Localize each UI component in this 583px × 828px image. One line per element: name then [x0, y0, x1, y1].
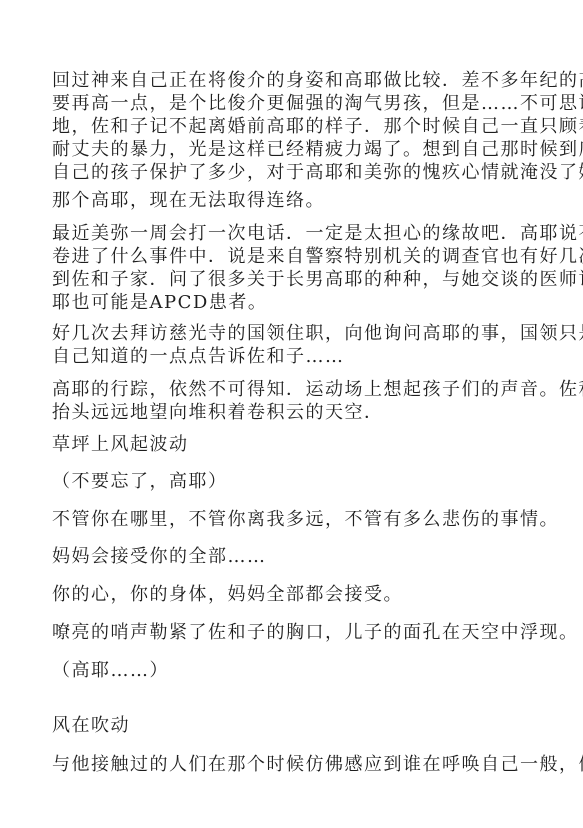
paragraph-3-line-2: 卷进了什么事件中．说是来自警察特别机关的调查官也有好几次来 — [52, 245, 583, 268]
paragraph-5-line-1: 高耶的行踪，依然不可得知．运动场上想起孩子们的声音。佐和子 — [52, 378, 583, 401]
paragraph-5-line-2: 抬头远远地望向堆积着卷积云的天空． — [52, 401, 384, 424]
paragraph-8-line-1: 不管你在哪里，不管你离我多远，不管有多么悲伤的事情。 — [52, 508, 559, 531]
paragraph-4-line-1: 好几次去拜访慈光寺的国领住职，向他询问高耶的事，国领只是把 — [52, 322, 583, 345]
paragraph-13-line-1: 风在吹动 — [52, 714, 130, 737]
paragraph-1-line-5: 自己的孩子保护了多少，对于高耶和美弥的愧疚心情就淹没了她。 — [52, 161, 583, 184]
paragraph-4-line-2: 自己知道的一点点告诉佐和子…… — [52, 345, 345, 368]
paragraph-7-line-1: （不要忘了，高耶） — [52, 470, 228, 493]
paragraph-1-line-2: 要再高一点，是个比俊介更倔强的淘气男孩，但是……不可思议 — [52, 92, 583, 115]
paragraph-3-line-4: 耶也可能是APCD患者。 — [52, 291, 267, 314]
paragraph-1-line-1: 回过神来自己正在将俊介的身姿和高耶做比较．差不多年纪的高耶 — [52, 69, 583, 92]
paragraph-11-line-1: 嘹亮的哨声勒紧了佐和子的胸口，儿子的面孔在天空中浮现。 — [52, 621, 579, 644]
paragraph-1-line-3: 地，佐和子记不起离婚前高耶的样子．那个时候自己一直只顾着忍 — [52, 115, 583, 138]
paragraph-3-line-3: 到佐和子家．问了很多关于长男高耶的种种，与她交谈的医师说高 — [52, 268, 583, 291]
paragraph-10-line-1: 你的心，你的身体，妈妈全部都会接受。 — [52, 583, 403, 606]
paragraph-9-line-1: 妈妈会接受你的全部…… — [52, 545, 267, 568]
paragraph-1-line-4: 耐丈夫的暴力，光是这样已经精疲力竭了。想到自己那时候到底对 — [52, 138, 583, 161]
document-page: 回过神来自己正在将俊介的身姿和高耶做比较．差不多年纪的高耶 要再高一点，是个比俊… — [0, 0, 583, 828]
paragraph-14-line-1: 与他接触过的人们在那个时候仿佛感应到谁在呼唤自己一般，仰望 — [52, 753, 583, 776]
paragraph-6-line-1: 草坪上风起波动 — [52, 433, 189, 456]
paragraph-3-line-1: 最近美弥一周会打一次电话．一定是太担心的缘故吧．高耶说不定 — [52, 222, 583, 245]
paragraph-12-line-1: （高耶……） — [52, 659, 169, 682]
paragraph-2-line-1: 那个高耶，现在无法取得连络。 — [52, 189, 325, 212]
